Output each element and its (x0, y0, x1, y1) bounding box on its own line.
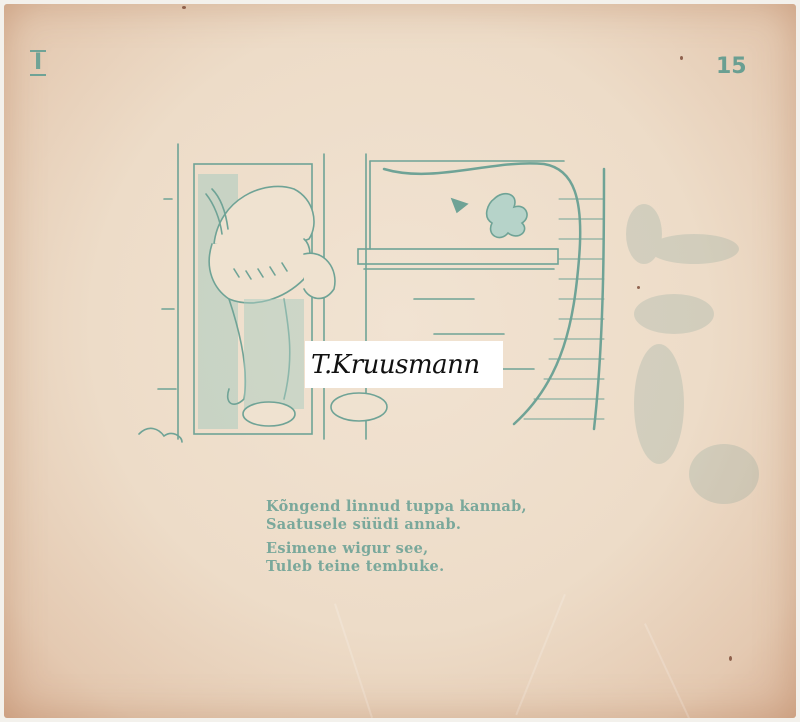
paper-crease (644, 623, 692, 718)
signature-label: T.Kruusmann (305, 341, 503, 388)
foxing-spot (729, 656, 732, 661)
illustration (134, 139, 614, 449)
book-page: I 15 (4, 4, 796, 718)
page-number: 15 (716, 54, 747, 79)
verse-text: Kõngend linnud tuppa kannab, Saatusele s… (266, 498, 527, 582)
signature-text: T.Kruusmann (311, 350, 480, 380)
verse-line: Saatusele süüdi annab. (266, 516, 527, 534)
verse-line: Kõngend linnud tuppa kannab, (266, 498, 527, 516)
paper-crease (515, 594, 566, 715)
verse-stanza: Kõngend linnud tuppa kannab, Saatusele s… (266, 498, 527, 534)
foxing-spot (182, 6, 186, 9)
verse-stanza: Esimene wigur see, Tuleb teine tembuke. (266, 540, 527, 576)
foxing-spot (680, 56, 683, 60)
verse-line: Esimene wigur see, (266, 540, 527, 558)
verse-line: Tuleb teine tembuke. (266, 558, 527, 576)
bleed-through-ghost (604, 204, 774, 534)
volume-marker: I (30, 50, 46, 76)
paper-crease (334, 603, 373, 718)
